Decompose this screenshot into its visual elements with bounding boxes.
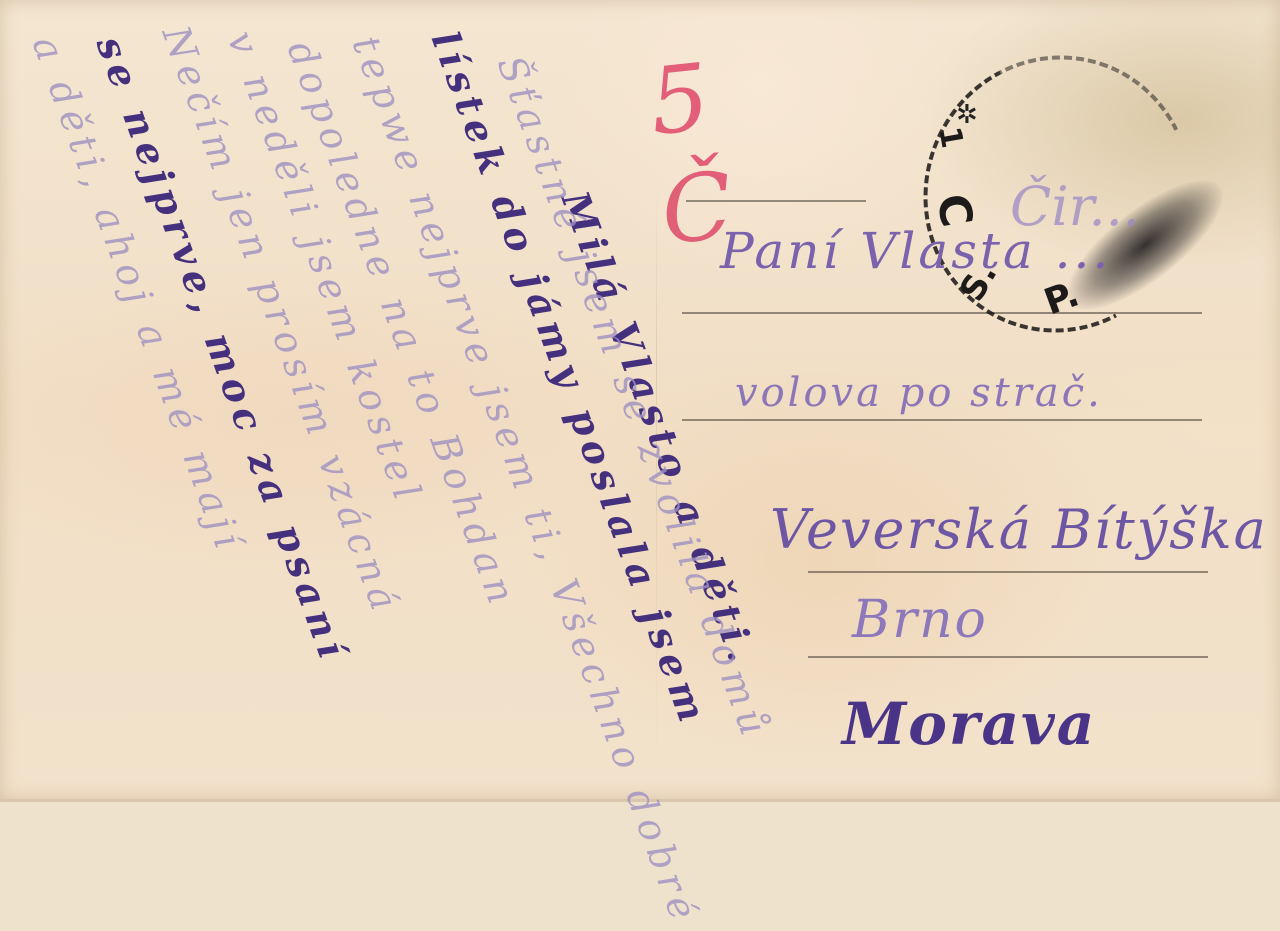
postcard: Milá Vlasto a děti. Šťastné jsem se zvol…: [0, 0, 1280, 799]
address-line-region: Morava: [842, 690, 1096, 758]
address-line-town: Veverská Bítýška: [770, 498, 1268, 561]
address-line-2: volova po strač.: [735, 370, 1103, 416]
address-rule: [808, 571, 1208, 573]
handwritten-message: Milá Vlasto a děti. Šťastné jsem se zvol…: [20, 10, 660, 799]
address-line-recipient: Paní Vlasta ...: [720, 222, 1111, 280]
address-line-city: Brno: [852, 590, 988, 650]
address-rule: [686, 200, 866, 202]
address-rule: [808, 656, 1208, 658]
red-pencil-mark: 5 Č: [645, 28, 855, 158]
address-rule: [682, 419, 1202, 421]
